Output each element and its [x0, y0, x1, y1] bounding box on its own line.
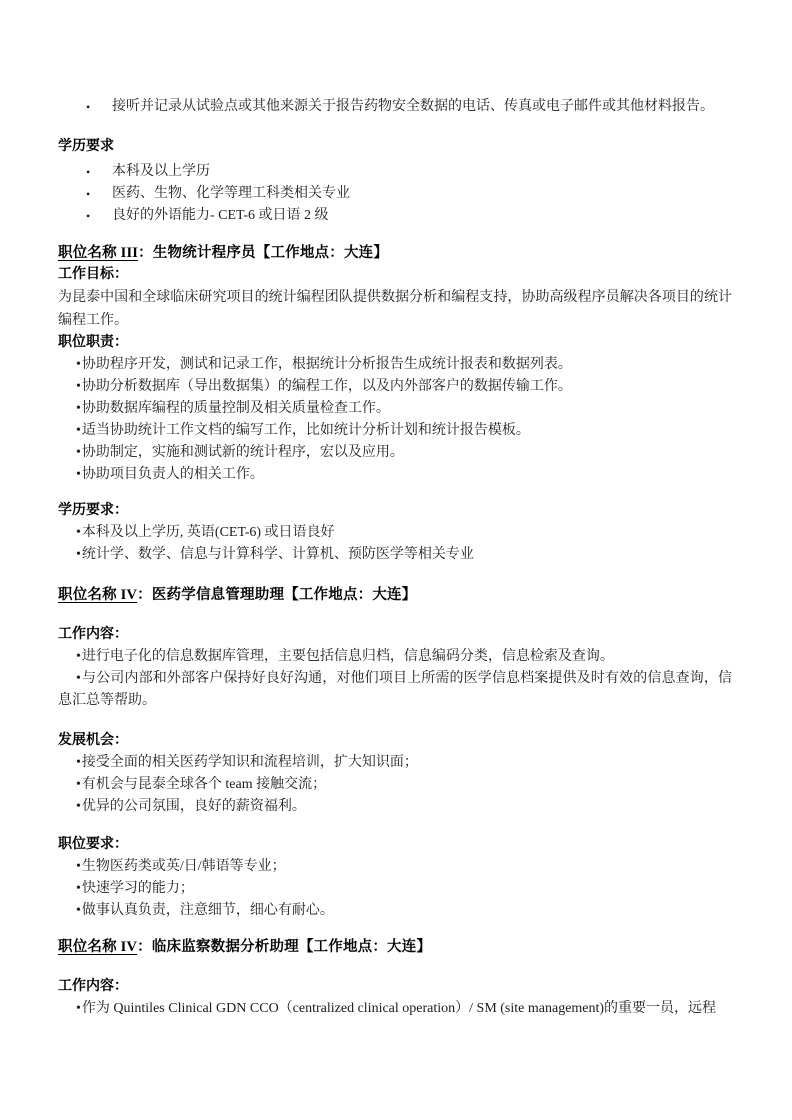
- bullet-icon: •: [76, 755, 81, 770]
- list-item-text: 作为 Quintiles Clinical GDN CCO（centralize…: [82, 1001, 716, 1016]
- job-title-4-info-text: ：医药学信息管理助理【工作地点：大连】: [137, 587, 416, 603]
- bullet-icon: •: [76, 379, 81, 394]
- list-item-text: 做事认真负责，注意细节，细心有耐心。: [82, 903, 334, 918]
- list-item: •与公司内部和外部客户保持好良好沟通，对他们项目上所需的医学信息档案提供及时有效…: [58, 668, 732, 712]
- duties-bullet-list: •协助程序开发，测试和记录工作，根据统计分析报告生成统计报表和数据列表。 •协助…: [58, 354, 732, 486]
- list-item: • 医药、生物、化学等理工科类相关专业: [58, 183, 732, 205]
- bullet-icon: •: [76, 777, 81, 792]
- bullet-icon: •: [76, 1001, 81, 1016]
- list-item: •本科及以上学历, 英语(CET-6) 或日语良好: [58, 522, 732, 544]
- list-item: •生物医药类或英/日/韩语等专业；: [58, 856, 732, 878]
- bullet-icon: •: [76, 903, 81, 918]
- bullet-icon: •: [86, 96, 112, 118]
- bullet-icon: •: [76, 799, 81, 814]
- bullet-icon: •: [76, 547, 81, 562]
- list-item-text: 协助制定，实施和测试新的统计程序，宏以及应用。: [82, 445, 404, 460]
- job-title-3: 职位名称 III：生物统计程序员【工作地点：大连】: [58, 242, 732, 264]
- bullet-icon: •: [76, 467, 81, 482]
- document-page: • 接听并记录从试验点或其他来源关于报告药物安全数据的电话、传真或电子邮件或其他…: [0, 0, 792, 1120]
- job-title-4-cra: 职位名称 IV：临床监察数据分析助理【工作地点：大连】: [58, 936, 732, 958]
- bullet-icon: •: [76, 881, 81, 896]
- intro-bullet-list: • 接听并记录从试验点或其他来源关于报告药物安全数据的电话、传真或电子邮件或其他…: [58, 96, 732, 118]
- bullet-icon: •: [76, 671, 81, 686]
- section-heading-education: 学历要求: [58, 136, 732, 158]
- goal-paragraph: 为昆泰中国和全球临床研究项目的统计编程团队提供数据分析和编程支持，协助高级程序员…: [58, 286, 732, 332]
- bullet-icon: •: [76, 401, 81, 416]
- list-item: •协助分析数据库（导出数据集）的编程工作，以及内外部客户的数据传输工作。: [58, 376, 732, 398]
- list-item-text: 协助程序开发，测试和记录工作，根据统计分析报告生成统计报表和数据列表。: [82, 357, 572, 372]
- job-title-3-text: ：生物统计程序员【工作地点：大连】: [138, 245, 388, 261]
- list-item: •快速学习的能力；: [58, 878, 732, 900]
- job-title-4-info-number: 职位名称 IV: [58, 587, 137, 603]
- list-item-text: 有机会与昆泰全球各个 team 接触交流；: [82, 777, 326, 792]
- list-item: •协助程序开发，测试和记录工作，根据统计分析报告生成统计报表和数据列表。: [58, 354, 732, 376]
- list-item: •适当协助统计工作文档的编写工作，比如统计分析计划和统计报告模板。: [58, 420, 732, 442]
- list-item: •有机会与昆泰全球各个 team 接触交流；: [58, 774, 732, 796]
- bullet-icon: •: [76, 445, 81, 460]
- document-content: • 接听并记录从试验点或其他来源关于报告药物安全数据的电话、传真或电子邮件或其他…: [58, 96, 732, 1020]
- list-item-text: 良好的外语能力- CET-6 或日语 2 级: [112, 205, 732, 227]
- list-item-text: 生物医药类或英/日/韩语等专业；: [82, 859, 286, 874]
- list-item-text: 统计学、数学、信息与计算科学、计算机、预防医学等相关专业: [82, 547, 474, 562]
- education-heading-job3: 学历要求：: [58, 500, 732, 522]
- development-bullet-list: •接受全面的相关医药学知识和流程培训，扩大知识面； •有机会与昆泰全球各个 te…: [58, 752, 732, 818]
- content-bullet-list-info: •进行电子化的信息数据库管理，主要包括信息归档，信息编码分类，信息检索及查询。 …: [58, 646, 732, 712]
- list-item-text: 协助数据库编程的质量控制及相关质量检查工作。: [82, 401, 390, 416]
- requirements-bullet-list: •生物医药类或英/日/韩语等专业； •快速学习的能力； •做事认真负责，注意细节…: [58, 856, 732, 922]
- list-item: •做事认真负责，注意细节，细心有耐心。: [58, 900, 732, 922]
- list-item: • 本科及以上学历: [58, 161, 732, 183]
- list-item: • 良好的外语能力- CET-6 或日语 2 级: [58, 205, 732, 227]
- job-title-4-info: 职位名称 IV：医药学信息管理助理【工作地点：大连】: [58, 584, 732, 606]
- list-item: •统计学、数学、信息与计算科学、计算机、预防医学等相关专业: [58, 544, 732, 566]
- bullet-icon: •: [86, 161, 112, 183]
- bullet-icon: •: [76, 649, 81, 664]
- job-title-4-cra-number: 职位名称 IV: [58, 939, 137, 955]
- development-heading: 发展机会：: [58, 730, 732, 752]
- list-item: • 接听并记录从试验点或其他来源关于报告药物安全数据的电话、传真或电子邮件或其他…: [58, 96, 732, 118]
- content-heading-info: 工作内容：: [58, 624, 732, 646]
- bullet-icon: •: [86, 205, 112, 227]
- list-item-text: 优异的公司氛围，良好的薪资福利。: [82, 799, 306, 814]
- duties-heading: 职位职责：: [58, 332, 732, 354]
- list-item: •作为 Quintiles Clinical GDN CCO（centraliz…: [58, 998, 732, 1020]
- list-item: •进行电子化的信息数据库管理，主要包括信息归档，信息编码分类，信息检索及查询。: [58, 646, 732, 668]
- bullet-icon: •: [76, 525, 81, 540]
- list-item-text: 本科及以上学历, 英语(CET-6) 或日语良好: [82, 525, 335, 540]
- bullet-icon: •: [76, 859, 81, 874]
- list-item-text: 进行电子化的信息数据库管理，主要包括信息归档，信息编码分类，信息检索及查询。: [82, 649, 614, 664]
- list-item-text: 协助分析数据库（导出数据集）的编程工作，以及内外部客户的数据传输工作。: [82, 379, 572, 394]
- list-item-text: 适当协助统计工作文档的编写工作，比如统计分析计划和统计报告模板。: [82, 423, 530, 438]
- list-item: •协助项目负责人的相关工作。: [58, 464, 732, 486]
- list-item: •优异的公司氛围，良好的薪资福利。: [58, 796, 732, 818]
- job-title-4-cra-text: ：临床监察数据分析助理【工作地点：大连】: [137, 939, 431, 955]
- list-item-text: 接受全面的相关医药学知识和流程培训，扩大知识面；: [82, 755, 418, 770]
- education-bullet-list: • 本科及以上学历 • 医药、生物、化学等理工科类相关专业 • 良好的外语能力-…: [58, 161, 732, 227]
- requirements-heading: 职位要求：: [58, 834, 732, 856]
- list-item-text: 接听并记录从试验点或其他来源关于报告药物安全数据的电话、传真或电子邮件或其他材料…: [112, 96, 732, 118]
- bullet-icon: •: [76, 357, 81, 372]
- goal-heading: 工作目标：: [58, 264, 732, 286]
- bullet-icon: •: [76, 423, 81, 438]
- content-bullet-list-cra: •作为 Quintiles Clinical GDN CCO（centraliz…: [58, 998, 732, 1020]
- bullet-icon: •: [86, 183, 112, 205]
- list-item-text: 与公司内部和外部客户保持好良好沟通，对他们项目上所需的医学信息档案提供及时有效的…: [58, 671, 732, 708]
- list-item-text: 医药、生物、化学等理工科类相关专业: [112, 183, 732, 205]
- list-item-text: 协助项目负责人的相关工作。: [82, 467, 264, 482]
- content-heading-cra: 工作内容：: [58, 976, 732, 998]
- education-bullet-list-job3: •本科及以上学历, 英语(CET-6) 或日语良好 •统计学、数学、信息与计算科…: [58, 522, 732, 566]
- list-item: •协助制定，实施和测试新的统计程序，宏以及应用。: [58, 442, 732, 464]
- list-item: •协助数据库编程的质量控制及相关质量检查工作。: [58, 398, 732, 420]
- list-item-text: 快速学习的能力；: [82, 881, 194, 896]
- list-item: •接受全面的相关医药学知识和流程培训，扩大知识面；: [58, 752, 732, 774]
- job-title-3-number: 职位名称 III: [58, 245, 138, 261]
- list-item-text: 本科及以上学历: [112, 161, 732, 183]
